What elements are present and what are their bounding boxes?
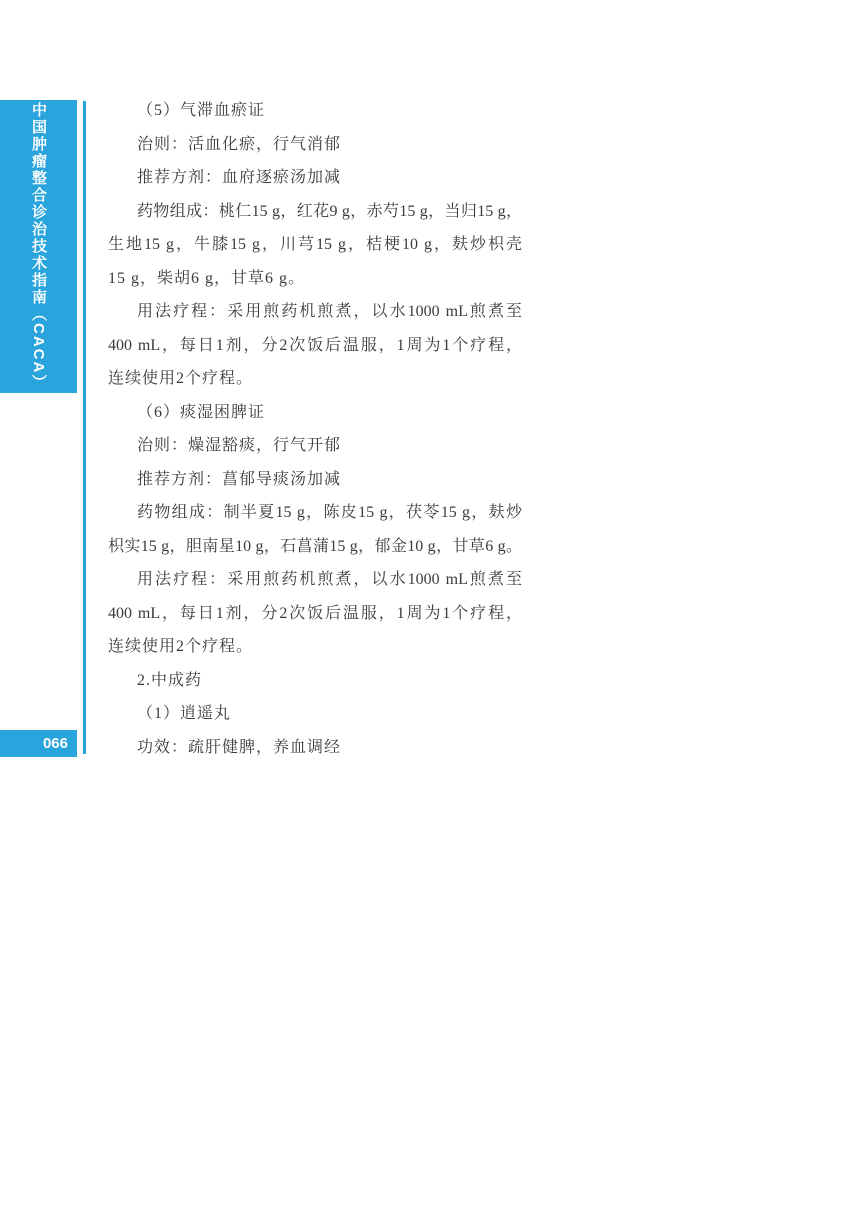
page-number-badge: 066 xyxy=(0,730,77,757)
text-line: 400 mL，每日1剂，分2次饭后温服，1周为1个疗程， xyxy=(108,597,522,631)
text-line: 功效：疏肝健脾，养血调经 xyxy=(108,731,522,765)
text-line: （6）痰湿困脾证 xyxy=(108,396,522,430)
book-title-tab: 中国肿瘤整合诊治技术指南（CACA） xyxy=(0,100,77,393)
text-line: （1）逍遥丸 xyxy=(108,697,522,731)
text-line: 枳实15 g，胆南星10 g，石菖蒲15 g，郁金10 g，甘草6 g。 xyxy=(108,530,522,564)
text-line: （5）气滞血瘀证 xyxy=(108,94,522,128)
text-line: 药物组成：制半夏15 g，陈皮15 g，茯苓15 g，麸炒 xyxy=(108,496,522,530)
book-title-vertical: 中国肿瘤整合诊治技术指南（CACA） xyxy=(28,102,49,391)
text-line: 15 g，柴胡6 g，甘草6 g。 xyxy=(108,262,522,296)
text-line: 用法疗程：采用煎药机煎煮，以水1000 mL煎煮至 xyxy=(108,295,522,329)
text-line: 治则：活血化瘀，行气消郁 xyxy=(108,128,522,162)
text-line: 推荐方剂：血府逐瘀汤加减 xyxy=(108,161,522,195)
vertical-divider-rule xyxy=(83,101,86,754)
body-text-column: （5）气滞血瘀证治则：活血化瘀，行气消郁推荐方剂：血府逐瘀汤加减药物组成：桃仁1… xyxy=(108,94,522,764)
text-line: 推荐方剂：菖郁导痰汤加减 xyxy=(108,463,522,497)
text-line: 治则：燥湿豁痰，行气开郁 xyxy=(108,429,522,463)
text-line: 2.中成药 xyxy=(108,664,522,698)
text-line: 400 mL，每日1剂，分2次饭后温服，1周为1个疗程， xyxy=(108,329,522,363)
page-number: 066 xyxy=(43,735,68,752)
text-line: 生地15 g，牛膝15 g，川芎15 g，桔梗10 g，麸炒枳壳 xyxy=(108,228,522,262)
text-line: 连续使用2个疗程。 xyxy=(108,362,522,396)
text-line: 连续使用2个疗程。 xyxy=(108,630,522,664)
book-page: 中国肿瘤整合诊治技术指南（CACA） 066 （5）气滞血瘀证治则：活血化瘀，行… xyxy=(0,0,867,1218)
text-line: 用法疗程：采用煎药机煎煮，以水1000 mL煎煮至 xyxy=(108,563,522,597)
text-line: 药物组成：桃仁15 g，红花9 g，赤芍15 g，当归15 g， xyxy=(108,195,522,229)
